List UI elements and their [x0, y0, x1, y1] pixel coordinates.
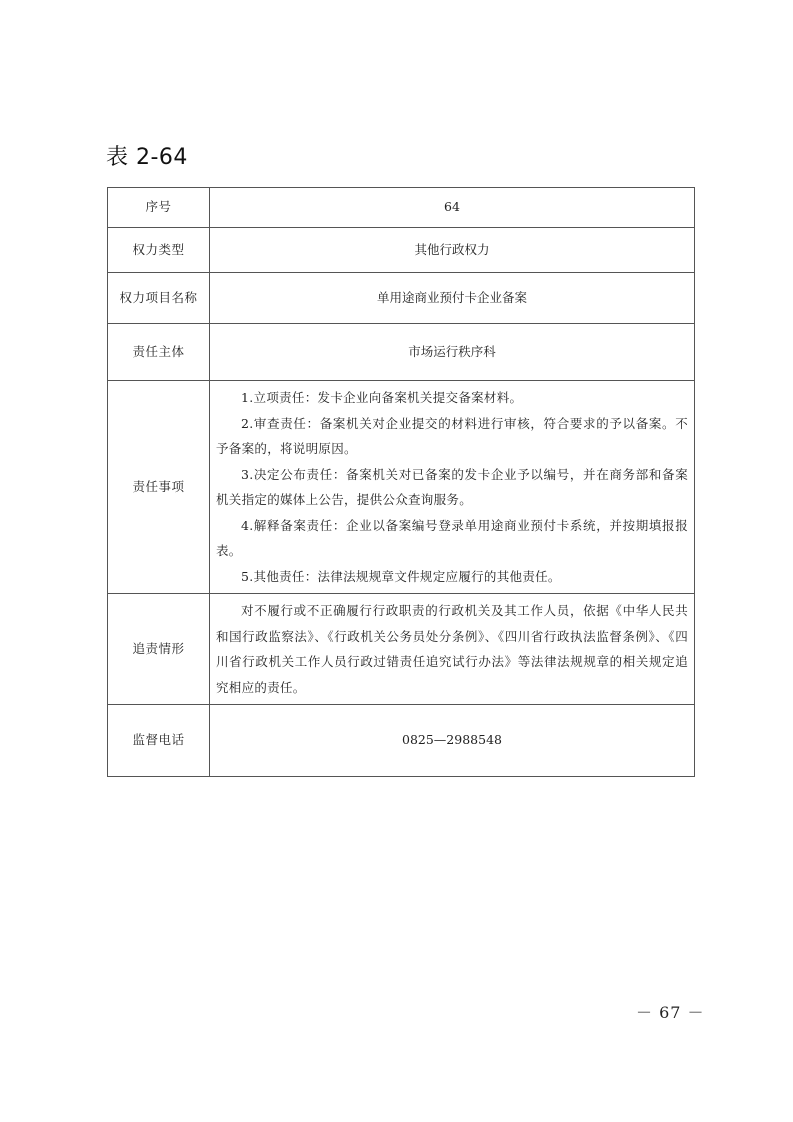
- accountability-text: 对不履行或不正确履行行政职责的行政机关及其工作人员，依据《中华人民共和国行政监察…: [216, 598, 688, 700]
- hotline-value: 0825—2988548: [210, 705, 695, 777]
- responsibility-item: 3.决定公布责任：备案机关对已备案的发卡企业予以编号，并在商务部和备案机关指定的…: [216, 462, 688, 513]
- power-item-table: 序号 64 权力类型 其他行政权力 权力项目名称 单用途商业预付卡企业备案 责任…: [107, 187, 695, 777]
- responsibility-item: 2.审查责任：备案机关对企业提交的材料进行审核，符合要求的予以备案。不予备案的，…: [216, 411, 688, 462]
- table-row-accountability: 追责情形 对不履行或不正确履行行政职责的行政机关及其工作人员，依据《中华人民共和…: [108, 594, 695, 705]
- power-type-label: 权力类型: [108, 228, 210, 273]
- table-row-responsibilities: 责任事项 1.立项责任：发卡企业向备案机关提交备案材料。 2.审查责任：备案机关…: [108, 381, 695, 594]
- responsible-body-value: 市场运行秩序科: [210, 324, 695, 381]
- serial-value: 64: [210, 188, 695, 228]
- serial-label: 序号: [108, 188, 210, 228]
- responsibilities-label: 责任事项: [108, 381, 210, 594]
- accountability-content: 对不履行或不正确履行行政职责的行政机关及其工作人员，依据《中华人民共和国行政监察…: [210, 594, 695, 705]
- hotline-label: 监督电话: [108, 705, 210, 777]
- table-row-item-name: 权力项目名称 单用途商业预付卡企业备案: [108, 273, 695, 324]
- table-row-responsible-body: 责任主体 市场运行秩序科: [108, 324, 695, 381]
- responsibility-item: 1.立项责任：发卡企业向备案机关提交备案材料。: [216, 385, 688, 411]
- item-name-label: 权力项目名称: [108, 273, 210, 324]
- responsibility-item: 5.其他责任：法律法规规章文件规定应履行的其他责任。: [216, 564, 688, 590]
- power-type-value: 其他行政权力: [210, 228, 695, 273]
- page-number: － 67 －: [636, 1000, 705, 1023]
- item-name-value: 单用途商业预付卡企业备案: [210, 273, 695, 324]
- accountability-label: 追责情形: [108, 594, 210, 705]
- table-row-power-type: 权力类型 其他行政权力: [108, 228, 695, 273]
- responsible-body-label: 责任主体: [108, 324, 210, 381]
- responsibilities-content: 1.立项责任：发卡企业向备案机关提交备案材料。 2.审查责任：备案机关对企业提交…: [210, 381, 695, 594]
- table-row-hotline: 监督电话 0825—2988548: [108, 705, 695, 777]
- table-row-serial: 序号 64: [108, 188, 695, 228]
- responsibility-item: 4.解释备案责任：企业以备案编号登录单用途商业预付卡系统，并按期填报报表。: [216, 513, 688, 564]
- table-title: 表 2-64: [106, 140, 188, 171]
